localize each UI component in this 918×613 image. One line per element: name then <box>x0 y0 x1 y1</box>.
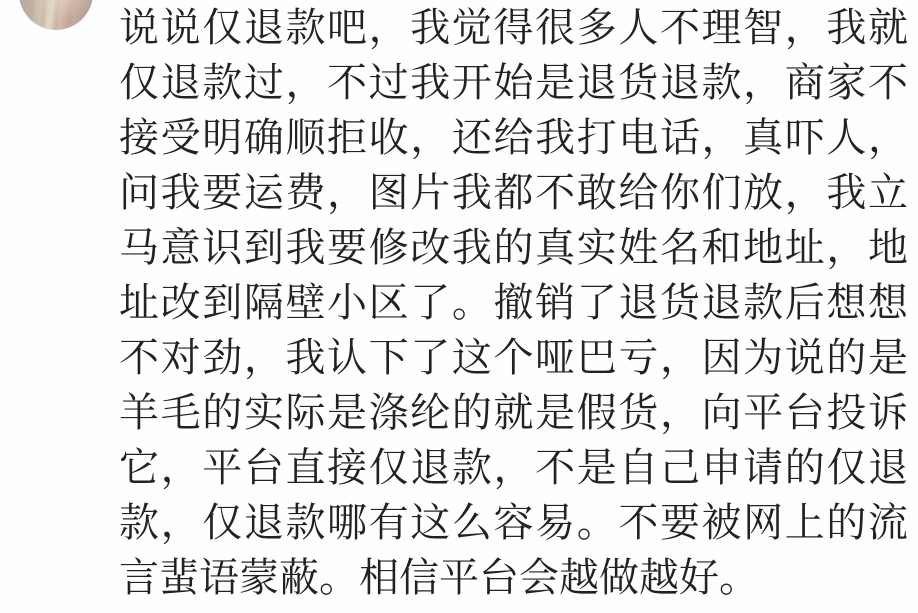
text-line: 言蜚语蒙蔽。相信平台会越做越好。 <box>119 551 908 606</box>
comment-screenshot: 说说仅退款吧，我觉得很多人不理智，我就仅退款过，不过我开始是退货退款，商家不接受… <box>0 0 918 613</box>
comment-text: 说说仅退款吧，我觉得很多人不理智，我就仅退款过，不过我开始是退货退款，商家不接受… <box>119 1 908 606</box>
text-line: 说说仅退款吧，我觉得很多人不理智，我就 <box>119 1 908 56</box>
text-line: 问我要运费，图片我都不敢给你们放，我立 <box>119 166 908 221</box>
text-line: 不对劲，我认下了这个哑巴亏，因为说的是 <box>119 331 908 386</box>
text-line: 接受明确顺拒收，还给我打电话，真吓人， <box>119 111 908 166</box>
user-avatar[interactable] <box>19 0 93 30</box>
text-line: 款，仅退款哪有这么容易。不要被网上的流 <box>119 496 908 551</box>
text-line: 仅退款过，不过我开始是退货退款，商家不 <box>119 56 908 111</box>
text-line: 羊毛的实际是涤纶的就是假货，向平台投诉 <box>119 386 908 441</box>
text-line: 马意识到我要修改我的真实姓名和地址，地 <box>119 221 908 276</box>
text-line: 它，平台直接仅退款，不是自己申请的仅退 <box>119 441 908 496</box>
text-line: 址改到隔壁小区了。撤销了退货退款后想想 <box>119 276 908 331</box>
